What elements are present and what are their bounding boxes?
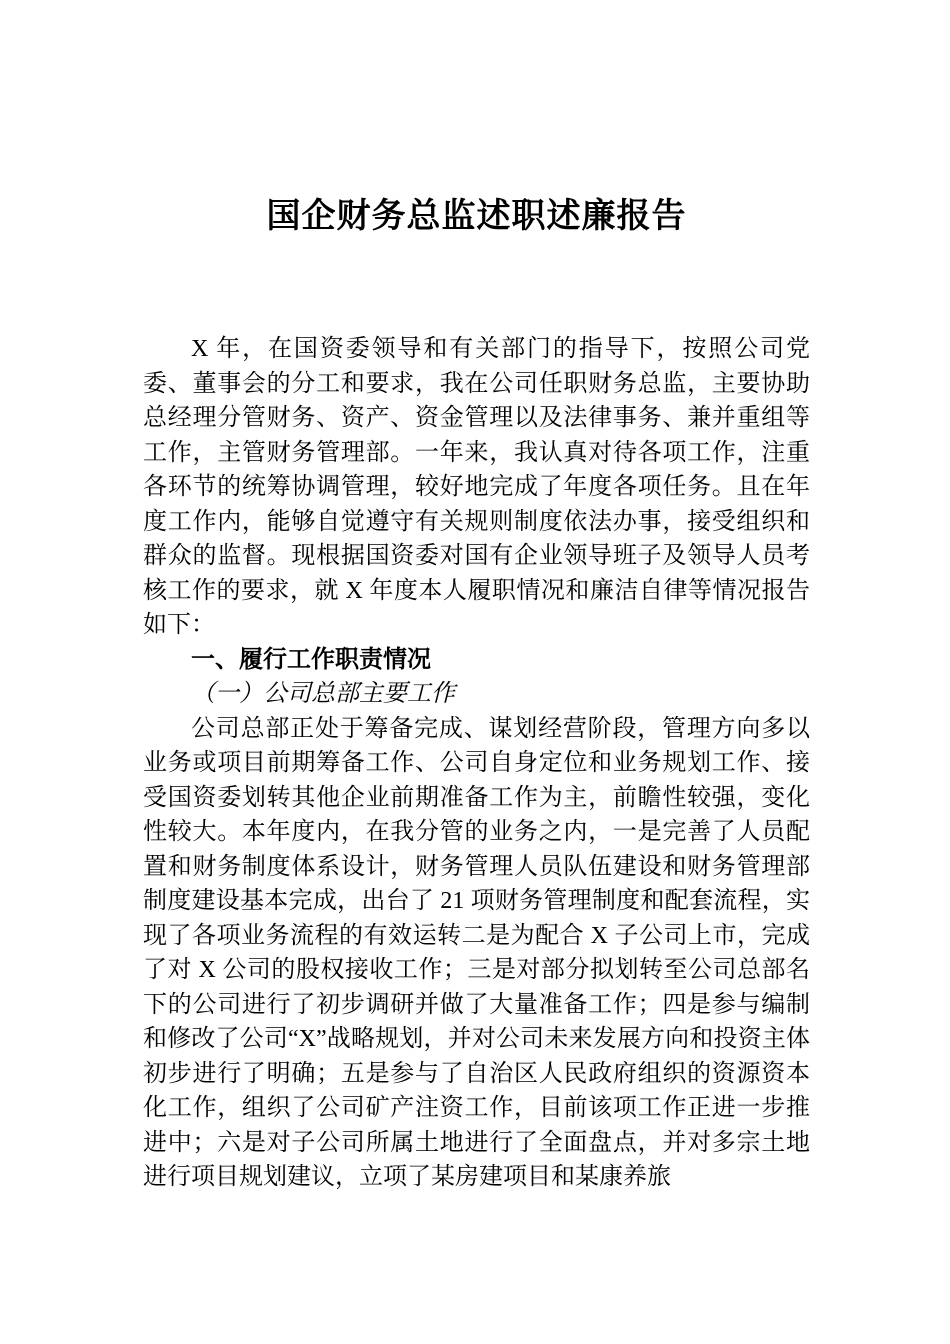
document-title: 国企财务总监述职述廉报告: [143, 195, 810, 239]
document-page: 国企财务总监述职述廉报告 X 年，在国资委领导和有关部门的指导下，按照公司党委、…: [0, 0, 950, 1344]
paragraph-body-1-1: 公司总部正处于筹备完成、谋划经营阶段，管理方向多以业务或项目前期筹备工作、公司自…: [143, 712, 810, 1195]
section-heading-1: 一、履行工作职责情况: [143, 643, 810, 678]
section-heading-1-1: （一）公司总部主要工作: [143, 677, 810, 712]
paragraph-intro: X 年，在国资委领导和有关部门的指导下，按照公司党委、董事会的分工和要求，我在公…: [143, 332, 810, 643]
